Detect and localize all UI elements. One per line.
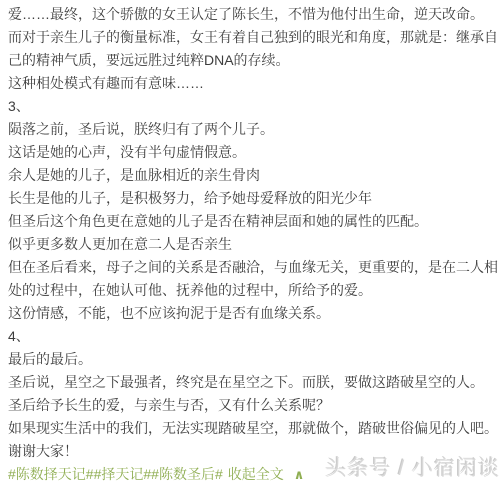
post-paragraph: 长生是他的儿子，是积极努力，给予她母爱释放的阳光少年 xyxy=(8,187,500,210)
collapse-caret-icon[interactable]: ∧ xyxy=(294,467,305,482)
hashtag-link[interactable]: #择天记# xyxy=(94,466,152,482)
post-paragraph: 这种相处模式有趣而有意味…… xyxy=(8,72,500,95)
hashtag-link[interactable]: #陈数圣后# xyxy=(151,466,223,482)
hashtag-group: #陈数择天记##择天记##陈数圣后# xyxy=(8,466,223,482)
post-paragraph: 这话是她的心声，没有半句虚情假意。 xyxy=(8,141,500,164)
post-paragraph: 谢谢大家！ xyxy=(8,440,500,463)
post-body: 爱……最终，这个骄傲的女王认定了陈长生，不惜为他付出生命，逆天改命。而对于亲生儿… xyxy=(8,3,500,463)
post-paragraph: 这份情感，不能，也不应该拘泥于是否有血缘关系。 xyxy=(8,302,500,325)
post-paragraph: 似乎更多数人更加在意二人是否亲生 xyxy=(8,233,500,256)
post-paragraph: 但在圣后看来，母子之间的关系是否融洽，与血缘无关，更重要的，是在二人相处的过程中… xyxy=(8,256,500,302)
post-paragraph: 但圣后这个角色更在意她的儿子是否在精神层面和她的属性的匹配。 xyxy=(8,210,500,233)
hashtag-link[interactable]: #陈数择天记# xyxy=(8,466,94,482)
post-paragraph: 陨落之前，圣后说，朕终归有了两个儿子。 xyxy=(8,118,500,141)
post-paragraph: 爱……最终，这个骄傲的女王认定了陈长生，不惜为他付出生命，逆天改命。 xyxy=(8,3,500,26)
post-paragraph: 4、 xyxy=(8,325,500,348)
post-paragraph: 最后的最后。 xyxy=(8,348,500,371)
post-paragraph: 圣后说，星空之下最强者，终究是在星空之下。而朕，要做这踏破星空的人。 xyxy=(8,371,500,394)
post-paragraph: 而对于亲生儿子的衡量标准，女王有着自己独到的眼光和角度，那就是：继承自己的精神气… xyxy=(8,26,500,72)
post-paragraph: 圣后给予长生的爱，与亲生与否，又有什么关系呢？ xyxy=(8,394,500,417)
post-container: 爱……最终，这个骄傲的女王认定了陈长生，不惜为他付出生命，逆天改命。而对于亲生儿… xyxy=(0,0,504,484)
post-paragraph: 3、 xyxy=(8,95,500,118)
collapse-full-text-link[interactable]: 收起全文 xyxy=(228,466,284,482)
post-footer: #陈数择天记##择天记##陈数圣后#收起全文∧ xyxy=(8,463,500,484)
post-paragraph: 余人是她的儿子，是血脉相近的亲生骨肉 xyxy=(8,164,500,187)
post-paragraph: 如果现实生活中的我们，无法实现踏破星空，那就做个，踏破世俗偏见的人吧。 xyxy=(8,417,500,440)
